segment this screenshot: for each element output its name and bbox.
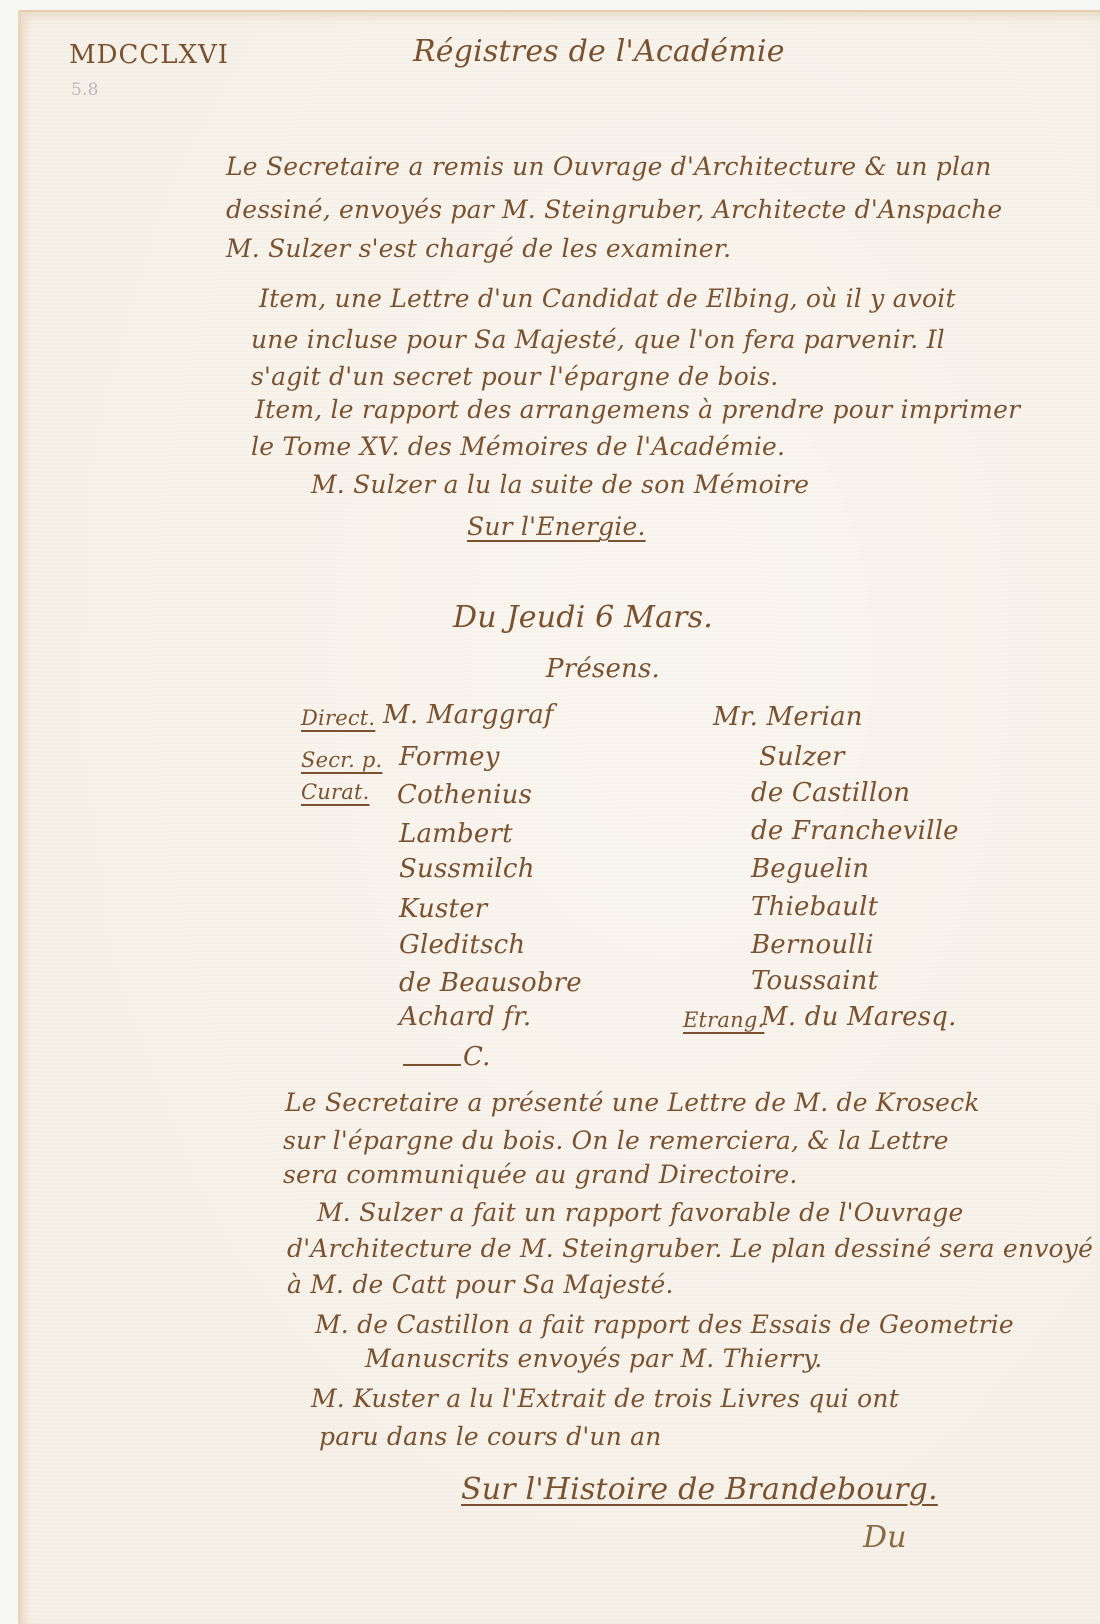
minute-line-5: d'Architecture de M. Steingruber. Le pla…: [287, 1234, 1093, 1263]
memoire-title: Sur l'Energie.: [467, 512, 646, 541]
role-curator: Curat.: [301, 780, 369, 804]
pencil-folio-number: 5.8: [71, 80, 99, 100]
entry-line-7: Item, le rapport des arrangemens à prend…: [255, 395, 1020, 424]
entry-line-2: dessiné, envoyés par M. Steingruber, Arc…: [226, 195, 1002, 224]
register-title: Régistres de l'Académie: [413, 34, 785, 69]
role-secretary: Secr. p.: [301, 748, 382, 772]
minute-line-7: M. de Castillon a fait rapport des Essai…: [315, 1310, 1014, 1339]
attendee-right-6: Thiebault: [751, 892, 878, 922]
attendee-left-4: Lambert: [399, 819, 513, 849]
minute-line-8: Manuscrits envoyés par M. Thierry.: [365, 1344, 822, 1373]
session-date: Du Jeudi 6 Mars.: [453, 600, 713, 635]
closing-title: Sur l'Histoire de Brandebourg.: [461, 1472, 938, 1507]
attendee-right-4: de Francheville: [751, 816, 959, 846]
role-director: Direct.: [301, 706, 375, 730]
minute-line-4: M. Sulzer a fait un rapport favorable de…: [317, 1198, 964, 1227]
entry-line-3: M. Sulzer s'est chargé de les examiner.: [226, 234, 731, 263]
attendee-left-7: Gleditsch: [399, 930, 525, 960]
attendee-left-3: Cothenius: [397, 780, 532, 810]
minute-line-2: sur l'épargne du bois. On le remerciera,…: [283, 1126, 949, 1155]
present-label: Présens.: [546, 654, 660, 684]
manuscript-page: MDCCLXVI 5.8 Régistres de l'Académie Le …: [18, 10, 1100, 1620]
attendee-right-3: de Castillon: [751, 778, 910, 808]
attendee-left-9: Achard fr.: [399, 1002, 531, 1032]
attendee-left-6: Kuster: [399, 894, 487, 924]
minute-line-6: à M. de Catt pour Sa Majesté.: [287, 1270, 674, 1299]
attendee-left-8: de Beausobre: [399, 968, 582, 998]
year-heading: MDCCLXVI: [69, 40, 229, 70]
attendee-right-1: Mr. Merian: [713, 702, 863, 732]
attendee-right-2: Sulzer: [759, 742, 845, 772]
attendee-right-7: Bernoulli: [751, 930, 874, 960]
role-stranger: Etrang.: [683, 1008, 764, 1032]
entry-line-9: M. Sulzer a lu la suite de son Mémoire: [311, 470, 809, 499]
attendee-left-1: M. Marggraf: [383, 700, 554, 730]
attendee-left-2: Formey: [399, 742, 500, 772]
attendee-stranger: M. du Maresq.: [761, 1002, 957, 1032]
entry-line-4: Item, une Lettre d'un Candidat de Elbing…: [259, 284, 956, 313]
entry-line-6: s'agit d'un secret pour l'épargne de boi…: [251, 362, 778, 391]
entry-line-5: une incluse pour Sa Majesté, que l'on fe…: [251, 325, 945, 354]
entry-line-1: Le Secretaire a remis un Ouvrage d'Archi…: [226, 152, 992, 181]
minute-line-9: M. Kuster a lu l'Extrait de trois Livres…: [311, 1384, 899, 1413]
catchword: Du: [863, 1520, 907, 1555]
attendee-left-5: Sussmilch: [399, 854, 535, 884]
attendee-right-5: Beguelin: [751, 854, 869, 884]
minute-line-3: sera communiquée au grand Directoire.: [283, 1160, 798, 1189]
attendee-right-8: Toussaint: [751, 966, 878, 996]
entry-line-8: le Tome XV. des Mémoires de l'Académie.: [251, 432, 785, 461]
separator-mark: C.: [463, 1042, 491, 1072]
separator-rule: [403, 1064, 461, 1066]
minute-line-10: paru dans le cours d'un an: [319, 1422, 662, 1451]
minute-line-1: Le Secretaire a présenté une Lettre de M…: [285, 1088, 980, 1117]
